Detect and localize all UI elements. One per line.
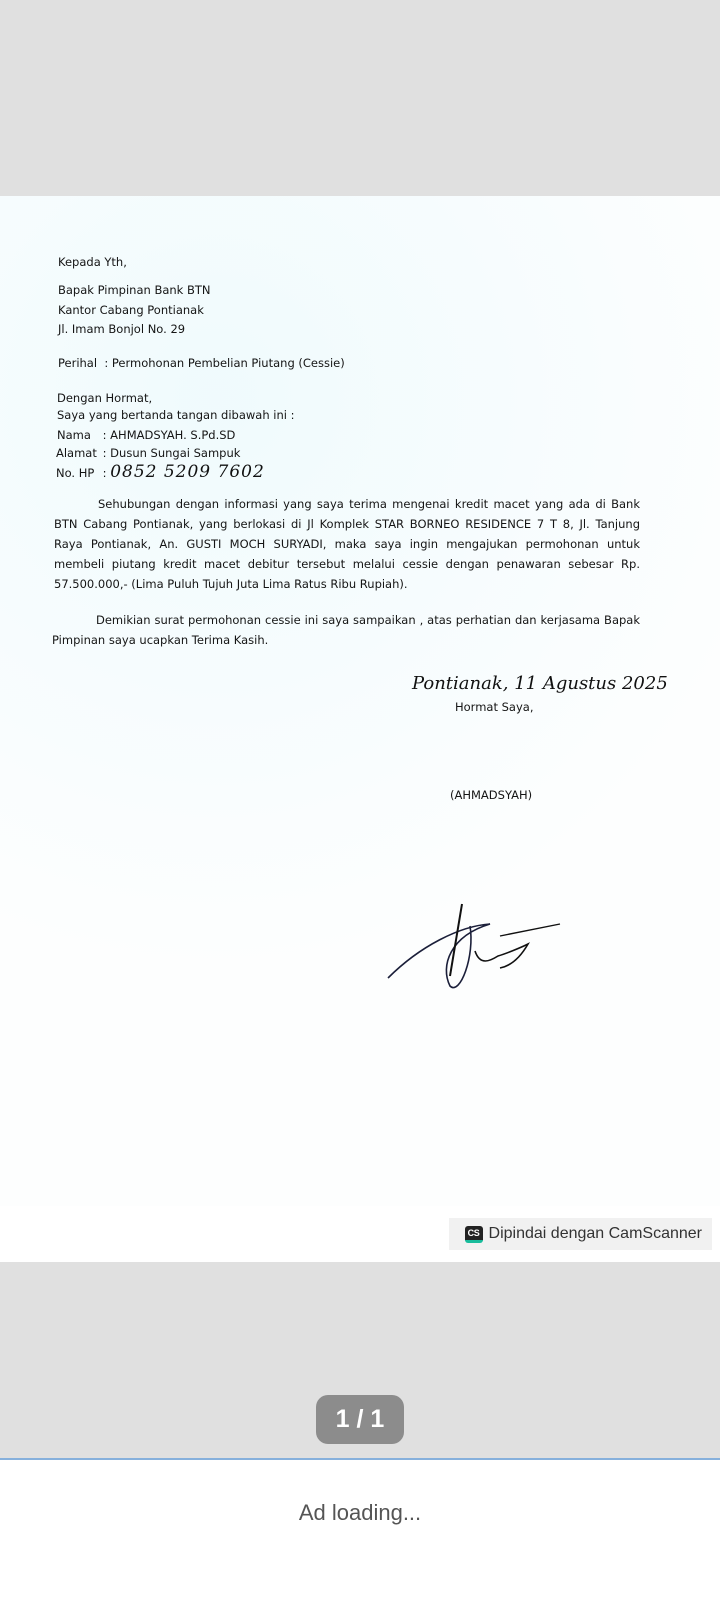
subject-label: Perihal	[58, 356, 97, 370]
pdf-viewer[interactable]: Kepada Yth, Bapak Pimpinan Bank BTN Kant…	[0, 0, 720, 1460]
watermark-text: Dipindai dengan CamScanner	[489, 1225, 702, 1243]
intro: Saya yang bertanda tangan dibawah ini :	[57, 408, 295, 422]
recipient-line: Jl. Imam Bonjol No. 29	[58, 322, 185, 336]
field-address: Alamat : Dusun Sungai Sampuk	[56, 446, 240, 460]
paragraph-text: Demikian surat permohonan cessie ini say…	[52, 613, 640, 647]
signatory-name: (AHMADSYAH)	[450, 788, 532, 802]
camscanner-watermark: CS Dipindai dengan CamScanner	[449, 1218, 712, 1250]
signature	[380, 896, 570, 991]
greeting: Dengan Hormat,	[57, 391, 152, 405]
handwritten-phone: 0852 5209 7602	[110, 462, 265, 482]
field-label: Nama	[57, 428, 99, 442]
recipient-line: Kantor Cabang Pontianak	[58, 303, 204, 317]
field-phone: No. HP : 0852 5209 7602	[56, 462, 265, 482]
field-value: :	[103, 466, 107, 480]
recipient-line: Bapak Pimpinan Bank BTN	[58, 283, 211, 297]
subject-line: Perihal : Permohonan Pembelian Piutang (…	[58, 356, 345, 370]
handwritten-place-date: Pontianak, 11 Agustus 2025	[412, 673, 668, 694]
paragraph-text: Sehubungan dengan informasi yang saya te…	[54, 497, 640, 591]
field-value: : Dusun Sungai Sampuk	[103, 446, 241, 460]
body-paragraph-2: Demikian surat permohonan cessie ini say…	[52, 610, 640, 650]
field-name: Nama : AHMADSYAH. S.Pd.SD	[57, 428, 235, 442]
page-indicator: 1 / 1	[316, 1395, 404, 1444]
field-value: : AHMADSYAH. S.Pd.SD	[103, 428, 236, 442]
ad-loading-text: Ad loading...	[0, 1500, 720, 1526]
camscanner-logo-icon: CS	[465, 1226, 483, 1243]
body-paragraph-1: Sehubungan dengan informasi yang saya te…	[54, 494, 640, 594]
salutation: Kepada Yth,	[58, 255, 127, 269]
field-label: No. HP	[56, 466, 99, 480]
ad-banner[interactable]: Ad loading...	[0, 1460, 720, 1600]
scanned-letter: Kepada Yth, Bapak Pimpinan Bank BTN Kant…	[0, 196, 720, 1206]
subject-text: : Permohonan Pembelian Piutang (Cessie)	[104, 356, 344, 370]
closing: Hormat Saya,	[455, 700, 533, 714]
document-page[interactable]: Kepada Yth, Bapak Pimpinan Bank BTN Kant…	[0, 196, 720, 1262]
field-label: Alamat	[56, 446, 99, 460]
